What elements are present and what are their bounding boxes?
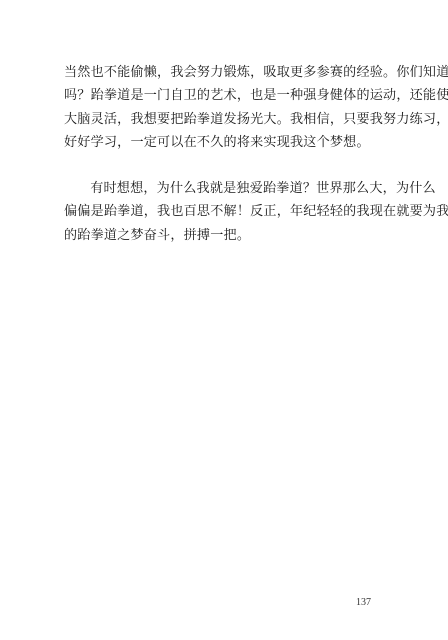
paragraph-line: 当然也不能偷懒，我会努力锻炼，吸取更多参赛的经验。你们知道 — [64, 61, 385, 84]
page-number: 137 — [356, 597, 371, 608]
paragraph-line: 的跆拳道之梦奋斗，拼搏一把。 — [64, 224, 385, 247]
paragraph-1: 当然也不能偷懒，我会努力锻炼，吸取更多参赛的经验。你们知道 吗？跆拳道是一门自卫… — [64, 61, 385, 154]
document-page: 当然也不能偷懒，我会努力锻炼，吸取更多参赛的经验。你们知道 吗？跆拳道是一门自卫… — [0, 0, 448, 640]
paragraph-line: 有时想想，为什么我就是独爱跆拳道？世界那么大，为什么 — [64, 177, 385, 200]
paragraph-2: 有时想想，为什么我就是独爱跆拳道？世界那么大，为什么 偏偏是跆拳道，我也百思不解… — [64, 177, 385, 247]
paragraph-line: 好好学习，一定可以在不久的将来实现我这个梦想。 — [64, 131, 385, 154]
paragraph-line: 吗？跆拳道是一门自卫的艺术，也是一种强身健体的运动，还能使 — [64, 84, 385, 107]
paragraph-line: 大脑灵活，我想要把跆拳道发扬光大。我相信，只要我努力练习， — [64, 108, 385, 131]
paragraph-line: 偏偏是跆拳道，我也百思不解！反正，年纪轻轻的我现在就要为我 — [64, 200, 385, 223]
page-body: 当然也不能偷懒，我会努力锻炼，吸取更多参赛的经验。你们知道 吗？跆拳道是一门自卫… — [64, 61, 385, 247]
